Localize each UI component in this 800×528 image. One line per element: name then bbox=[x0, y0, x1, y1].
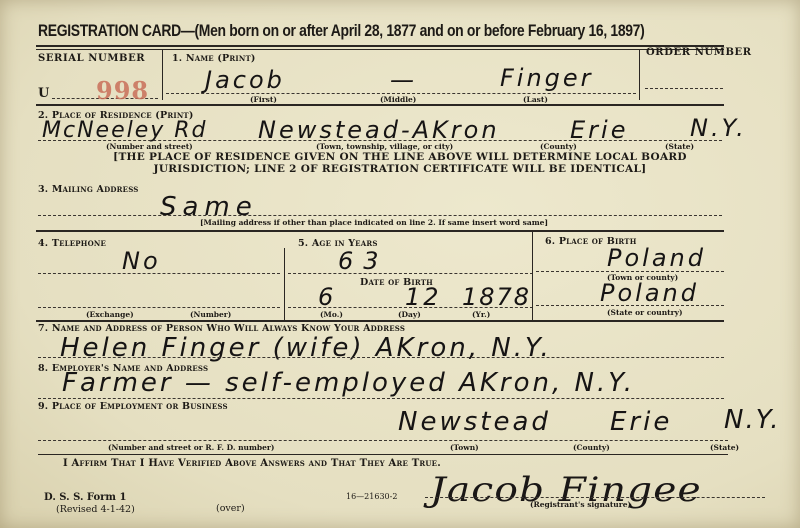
affirmation-text: I Affirm That I Have Verified Above Answ… bbox=[63, 458, 441, 469]
middle-caption: (Middle) bbox=[380, 95, 416, 104]
county-caption: (County) bbox=[540, 142, 577, 151]
name-line bbox=[166, 93, 636, 94]
residence-line bbox=[38, 140, 722, 141]
exchange-caption: (Exchange) bbox=[86, 310, 134, 319]
employment-county-value: Erie bbox=[610, 407, 672, 437]
employment-state-caption: (State) bbox=[710, 443, 739, 452]
employer-value: Farmer — self-employed AKron, N.Y. bbox=[62, 368, 635, 398]
order-number-line bbox=[645, 88, 723, 89]
contact-value: Helen Finger (wife) AKron, N.Y. bbox=[60, 333, 552, 363]
telephone-line-1 bbox=[38, 273, 280, 274]
telephone-line-2 bbox=[38, 307, 280, 308]
employment-county-caption: (County) bbox=[573, 443, 610, 452]
year-caption: (Yr.) bbox=[472, 310, 490, 319]
divider bbox=[162, 50, 163, 100]
dob-line bbox=[288, 307, 533, 308]
employment-street-caption: (Number and street or R. F. D. number) bbox=[108, 443, 274, 452]
first-caption: (First) bbox=[250, 95, 277, 104]
order-number-label: ORDER NUMBER bbox=[646, 47, 752, 58]
last-caption: (Last) bbox=[523, 95, 548, 104]
over-note: (over) bbox=[216, 503, 245, 514]
name-first-value: Jacob bbox=[205, 66, 285, 94]
jurisdiction-notice: [THE PLACE OF RESIDENCE GIVEN ON THE LIN… bbox=[90, 151, 710, 175]
section-rule bbox=[36, 320, 724, 322]
state-caption: (State) bbox=[665, 142, 694, 151]
section-rule bbox=[36, 104, 724, 106]
employment-state-value: N.Y. bbox=[724, 405, 781, 435]
form-revision: (Revised 4-1-42) bbox=[56, 504, 135, 515]
divider bbox=[284, 248, 285, 320]
name-middle-value: — bbox=[390, 66, 417, 94]
serial-number-label: SERIAL NUMBER bbox=[38, 53, 145, 64]
town-caption: (Town, township, village, or city) bbox=[316, 142, 453, 151]
employer-line bbox=[38, 398, 724, 399]
signature-caption: (Registrant's signature) bbox=[530, 500, 631, 509]
birthplace-country-caption: (State or country) bbox=[607, 308, 683, 317]
telephone-value: No bbox=[122, 247, 161, 275]
contact-line bbox=[38, 357, 724, 358]
employment-line bbox=[38, 440, 728, 441]
card-title: REGISTRATION CARD—(Men born on or after … bbox=[38, 21, 644, 41]
month-caption: (Mo.) bbox=[320, 310, 343, 319]
age-value: 63 bbox=[338, 247, 389, 275]
mailing-line bbox=[38, 215, 722, 216]
age-line bbox=[288, 273, 533, 274]
print-code: 16—21630-2 bbox=[346, 492, 397, 501]
title-rule-2 bbox=[36, 49, 724, 50]
mailing-address-label: 3. Mailing Address bbox=[38, 184, 139, 195]
divider bbox=[532, 232, 533, 320]
form-number: D. S. S. Form 1 bbox=[44, 492, 126, 503]
number-caption: (Number) bbox=[190, 310, 231, 319]
birthplace-line-1 bbox=[536, 271, 724, 272]
telephone-label: 4. Telephone bbox=[38, 238, 106, 249]
day-caption: (Day) bbox=[398, 310, 421, 319]
registration-card: REGISTRATION CARD—(Men born on or after … bbox=[0, 0, 800, 528]
employment-town-value: Newstead bbox=[398, 407, 551, 437]
title-rule bbox=[36, 45, 724, 47]
section-rule bbox=[36, 230, 724, 232]
birthplace-town-value: Poland bbox=[607, 244, 706, 272]
birthplace-line-2 bbox=[536, 305, 724, 306]
residence-state-value: N.Y. bbox=[690, 114, 747, 142]
name-label: 1. Name (Print) bbox=[172, 53, 256, 64]
divider bbox=[639, 50, 640, 100]
serial-number-value: 998 bbox=[96, 76, 149, 105]
signature-line bbox=[425, 497, 765, 498]
mailing-caption: [Mailing address if other than place ind… bbox=[200, 218, 548, 227]
section-rule bbox=[38, 454, 728, 455]
serial-prefix: U bbox=[38, 86, 50, 101]
name-last-value: Finger bbox=[500, 64, 594, 92]
birthplace-country-value: Poland bbox=[600, 279, 699, 307]
employment-town-caption: (Town) bbox=[450, 443, 479, 452]
street-caption: (Number and street) bbox=[106, 142, 193, 151]
employment-place-label: 9. Place of Employment or Business bbox=[38, 401, 228, 412]
